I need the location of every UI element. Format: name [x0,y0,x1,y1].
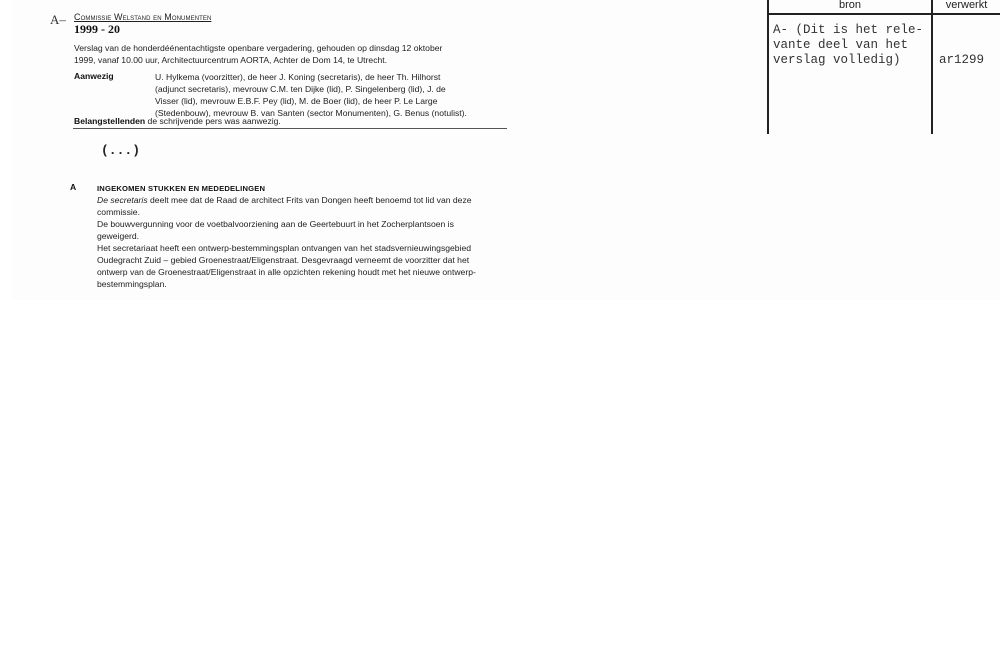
header-verwerkt: verwerkt [933,0,1000,11]
omission-marker: (...) [101,143,140,158]
present-line: (adjunct secretaris), mevrouw C.M. ten D… [155,83,515,95]
table-header-rule [767,13,1000,15]
present-list: U. Hylkema (voorzitter), de heer J. Koni… [155,71,515,119]
body-line: Oudegracht Zuid – gebied Groenestraat/El… [97,254,537,266]
bron-line: verslag volledig) [773,53,923,68]
header-divider [73,128,507,129]
body-line: Het secretariaat heeft een ontwerp-beste… [97,242,537,254]
interested-text: de schrijvende pers was aanwezig. [148,116,281,126]
body-line: De secretaris deelt mee dat de Raad de a… [97,194,537,206]
intro-line: 1999, vanaf 10.00 uur, Architectuurcentr… [74,54,514,66]
section-letter: A [70,182,76,192]
section-heading: Ingekomen stukken en mededelingen [97,184,265,193]
header-bron: bron [769,0,931,11]
body-line: ontwerp van de Groenestraat/Eligenstraat… [97,266,537,278]
present-line: U. Hylkema (voorzitter), de heer J. Koni… [155,71,515,83]
table-border-middle [931,0,933,134]
bron-cell: A- (Dit is het rele- vante deel van het … [773,23,923,68]
present-label: Aanwezig [74,71,114,81]
bron-line: vante deel van het [773,38,923,53]
margin-mark: A– [50,12,66,28]
verwerkt-cell: ar1299 [939,53,984,68]
body-line: commissie. [97,206,537,218]
intro-line: Verslag van de honderdéénentachtigste op… [74,42,514,54]
committee-title: Commissie Welstand en Monumenten [74,12,211,22]
section-body: De secretaris deelt mee dat de Raad de a… [97,194,537,290]
bron-line: A- (Dit is het rele- [773,23,923,38]
interested-label: Belangstellenden [74,116,145,126]
body-line: geweigerd. [97,230,537,242]
meeting-number: 1999 - 20 [74,22,120,37]
interested-row: Belangstellenden de schrijvende pers was… [74,115,281,127]
body-line: De bouwvergunning voor de voetbalvoorzie… [97,218,537,230]
secretary-label: De secretaris [97,195,148,205]
present-line: Visser (lid), mevrouw E.B.F. Pey (lid), … [155,95,515,107]
body-line: bestemmingsplan. [97,278,537,290]
meeting-intro: Verslag van de honderdéénentachtigste op… [74,42,514,66]
table-border-left [767,0,769,134]
